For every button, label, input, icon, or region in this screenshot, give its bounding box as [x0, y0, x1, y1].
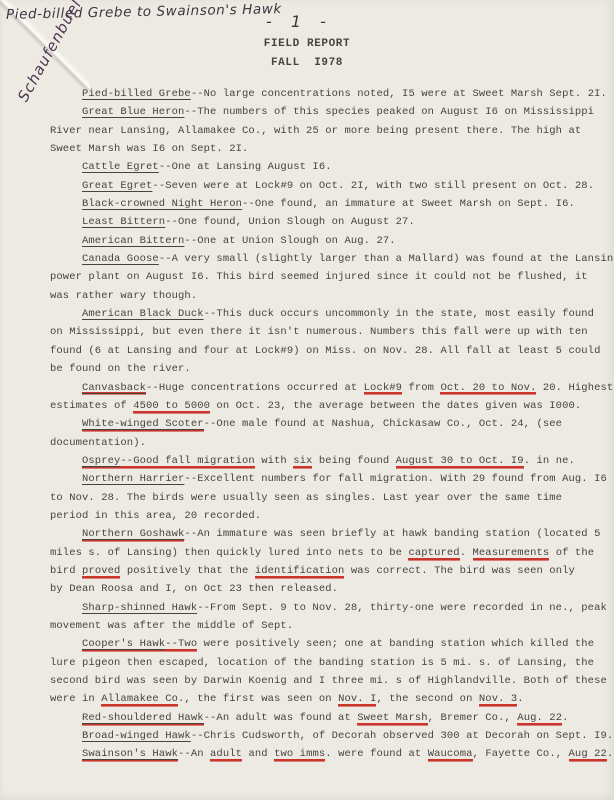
- text-segment: period in this area, 20 recorded.: [50, 510, 261, 522]
- text-segment: and: [242, 748, 274, 760]
- text-segment: --An immature was seen briefly at hawk b…: [184, 528, 600, 540]
- text-segment: miles s. of Lansing) then quickly lured …: [50, 547, 408, 559]
- report-line: lure pigeon then escaped, location of th…: [50, 654, 606, 672]
- text-segment: were in: [50, 693, 101, 705]
- species-name-red-underlined: White-winged Scoter: [82, 418, 204, 432]
- text-segment: movement was after the middle of Sept.: [50, 620, 293, 632]
- red-underlined-text: Lock#9: [364, 382, 402, 396]
- red-underlined-text: six: [293, 455, 312, 469]
- report-line: White-winged Scoter--One male found at N…: [50, 415, 606, 433]
- report-line: Red-shouldered Hawk--An adult was found …: [50, 709, 606, 727]
- red-underlined-text: August 30 to Oct. I9: [396, 455, 524, 469]
- report-line: power plant on August I6. This bird seem…: [50, 268, 606, 286]
- report-line: estimates of 4500 to 5000 on Oct. 23, th…: [50, 397, 606, 415]
- text-segment: --From Sept. 9 to Nov. 28, thirty-one we…: [197, 602, 607, 614]
- text-segment: --This duck occurs uncommonly in the sta…: [204, 308, 594, 320]
- text-segment: , Fayette Co.,: [473, 748, 569, 760]
- report-line: bird proved positively that the identifi…: [50, 562, 606, 580]
- text-segment: --An adult was found at: [204, 712, 358, 724]
- species-name-underlined: Cattle Egret: [82, 161, 159, 173]
- report-line: River near Lansing, Allamakee Co., with …: [50, 122, 606, 140]
- text-segment: was rather wary though.: [50, 290, 197, 302]
- report-line: on Mississippi, but even there it isn't …: [50, 323, 606, 341]
- species-name-underlined: Great Egret: [82, 180, 152, 192]
- text-segment: , the second on: [376, 693, 478, 705]
- text-segment: on Mississippi, but even there it isn't …: [50, 326, 588, 338]
- report-body: Pied-billed Grebe--No large concentratio…: [50, 85, 606, 764]
- text-segment: .: [562, 712, 568, 724]
- report-line: be found on the river.: [50, 360, 606, 378]
- report-line: Swainson's Hawk--An adult and two imms. …: [50, 745, 606, 763]
- report-line: were in Allamakee Co., the first was see…: [50, 690, 606, 708]
- report-line: documentation).: [50, 434, 606, 452]
- text-segment: --Excellent numbers for fall migration. …: [184, 473, 606, 485]
- text-segment: --One male found at Nashua, Chickasaw Co…: [204, 418, 562, 430]
- species-name-red-underlined: Osprey: [82, 455, 120, 469]
- report-line: period in this area, 20 recorded.: [50, 507, 606, 525]
- report-line: Northern Goshawk--An immature was seen b…: [50, 525, 606, 543]
- text-segment: , Bremer Co.,: [428, 712, 518, 724]
- report-line: Least Bittern--One found, Union Slough o…: [50, 213, 606, 231]
- red-underlined-text: Aug. 22: [517, 712, 562, 726]
- species-name-underlined: Least Bittern: [82, 216, 165, 228]
- red-underlined-text: Allamakee Co: [101, 693, 178, 707]
- red-underlined-text: Nov. I: [338, 693, 376, 707]
- report-line: found (6 at Lansing and four at Lock#9) …: [50, 342, 606, 360]
- text-segment: second bird was seen by Darwin Koenig an…: [50, 675, 607, 687]
- text-segment: from: [402, 382, 440, 394]
- species-name-red-underlined: Cooper's Hawk: [82, 638, 165, 652]
- text-segment: with: [255, 455, 293, 467]
- report-line: was rather wary though.: [50, 287, 606, 305]
- red-underlined-text: proved: [82, 565, 120, 579]
- species-name-underlined: Black-crowned Night Heron: [82, 198, 242, 210]
- text-segment: ., the first was seen on: [178, 693, 338, 705]
- report-line: Great Egret--Seven were at Lock#9 on Oct…: [50, 177, 606, 195]
- text-segment: on Oct. 23, the average between the date…: [210, 400, 581, 412]
- report-line: to Nov. 28. The birds were usually seen …: [50, 489, 606, 507]
- text-segment: --One found, Union Slough on August 27.: [165, 216, 415, 228]
- species-name-underlined: Broad-winged Hawk: [82, 730, 191, 742]
- red-underlined-text: adult: [210, 748, 242, 762]
- text-segment: --One at Lansing August I6.: [159, 161, 332, 173]
- report-subtitle: FALL I978: [0, 57, 614, 69]
- report-line: second bird was seen by Darwin Koenig an…: [50, 672, 606, 690]
- report-line: American Bittern--One at Union Slough on…: [50, 232, 606, 250]
- report-line: Broad-winged Hawk--Chris Cudsworth, of D…: [50, 727, 606, 745]
- text-segment: of the: [549, 547, 594, 559]
- document-header: FIELD REPORT FALL I978: [0, 38, 614, 69]
- report-line: Sweet Marsh was I6 on Sept. 2I.: [50, 140, 606, 158]
- red-underlined-text: Aug 22: [569, 748, 607, 762]
- text-segment: documentation).: [50, 437, 146, 449]
- text-segment: Sweet Marsh was I6 on Sept. 2I.: [50, 143, 248, 155]
- red-underlined-text: 4500 to 5000: [133, 400, 210, 414]
- report-line: by Dean Roosa and I, on Oct 23 then rele…: [50, 580, 606, 598]
- species-name-underlined: Canada Goose: [82, 253, 159, 265]
- report-line: Cooper's Hawk--Two were positively seen;…: [50, 635, 606, 653]
- text-segment: found (6 at Lansing and four at Lock#9) …: [50, 345, 601, 357]
- report-line: Canvasback--Huge concentrations occurred…: [50, 379, 606, 397]
- report-line: Northern Harrier--Excellent numbers for …: [50, 470, 606, 488]
- red-underlined-text: captured: [408, 547, 459, 561]
- text-segment: bird: [50, 565, 82, 577]
- report-line: Canada Goose--A very small (slightly lar…: [50, 250, 606, 268]
- species-name-underlined: Sharp-shinned Hawk: [82, 602, 197, 614]
- report-line: miles s. of Lansing) then quickly lured …: [50, 544, 606, 562]
- red-underlined-text: Measurements: [473, 547, 550, 561]
- text-segment: by Dean Roosa and I, on Oct 23 then rele…: [50, 583, 338, 595]
- text-segment: --The numbers of this species peaked on …: [184, 106, 594, 118]
- text-segment: was correct. The bird was seen only: [344, 565, 574, 577]
- species-name-red-underlined: Red-shouldered Hawk: [82, 712, 204, 726]
- text-segment: --One at Union Slough on Aug. 27.: [184, 235, 395, 247]
- red-underlined-text: Waucoma: [428, 748, 473, 762]
- report-line: Pied-billed Grebe--No large concentratio…: [50, 85, 606, 103]
- text-segment: to Nov. 28. The birds were usually seen …: [50, 492, 562, 504]
- species-name-underlined: American Black Duck: [82, 308, 204, 320]
- text-segment: --Huge concentrations occurred at: [146, 382, 364, 394]
- text-segment: 20. Highest: [536, 382, 613, 394]
- text-segment: .: [607, 748, 613, 760]
- text-segment: --One found, an immature at Sweet Marsh …: [242, 198, 575, 210]
- document-page: { "colors": { "paper": "#edeae3", "ink":…: [0, 0, 614, 800]
- text-segment: --No large concentrations noted, I5 were…: [191, 88, 607, 100]
- red-underlined-text: --Good fall migration: [120, 455, 254, 469]
- species-name-red-underlined: Canvasback: [82, 382, 146, 396]
- report-line: Black-crowned Night Heron--One found, an…: [50, 195, 606, 213]
- species-name-underlined: American Bittern: [82, 235, 184, 247]
- report-line: Osprey--Good fall migration with six bei…: [50, 452, 606, 470]
- text-segment: --Seven were at Lock#9 on Oct. 2I, with …: [152, 180, 594, 192]
- text-segment: .: [460, 547, 473, 559]
- text-segment: . were found at: [325, 748, 427, 760]
- species-name-red-underlined: Northern Goshawk: [82, 528, 184, 542]
- text-segment: River near Lansing, Allamakee Co., with …: [50, 125, 581, 137]
- text-segment: estimates of: [50, 400, 133, 412]
- red-underlined-text: --Two: [165, 638, 197, 652]
- report-line: American Black Duck--This duck occurs un…: [50, 305, 606, 323]
- text-segment: .: [517, 693, 523, 705]
- species-name-underlined: Great Blue Heron: [82, 106, 184, 118]
- species-name-red-underlined: Swainson's Hawk: [82, 748, 178, 762]
- text-segment: --An: [178, 748, 210, 760]
- red-underlined-text: Oct. 20 to Nov.: [440, 382, 536, 396]
- text-segment: being found: [312, 455, 395, 467]
- text-segment: power plant on August I6. This bird seem…: [50, 271, 588, 283]
- text-segment: . in ne.: [524, 455, 575, 467]
- text-segment: be found on the river.: [50, 363, 191, 375]
- handwritten-note: Pied-billed Grebe to Swainson's Hawk: [6, 1, 282, 23]
- text-segment: --A very small (slightly larger than a M…: [159, 253, 614, 265]
- text-segment: lure pigeon then escaped, location of th…: [50, 657, 594, 669]
- report-line: movement was after the middle of Sept.: [50, 617, 606, 635]
- text-segment: --Chris Cudsworth, of Decorah observed 3…: [191, 730, 613, 742]
- handwritten-page-number: - 1 -: [266, 12, 333, 31]
- text-segment: positively that the: [120, 565, 254, 577]
- report-line: Sharp-shinned Hawk--From Sept. 9 to Nov.…: [50, 599, 606, 617]
- red-underlined-text: identification: [255, 565, 345, 579]
- report-title: FIELD REPORT: [0, 38, 614, 50]
- red-underlined-text: Sweet Marsh: [357, 712, 427, 726]
- report-line: Great Blue Heron--The numbers of this sp…: [50, 103, 606, 121]
- red-underlined-text: two imms: [274, 748, 325, 762]
- red-underlined-text: Nov. 3: [479, 693, 517, 707]
- text-segment: were positively seen; one at banding sta…: [197, 638, 594, 650]
- species-name-underlined: Pied-billed Grebe: [82, 88, 191, 100]
- report-line: Cattle Egret--One at Lansing August I6.: [50, 158, 606, 176]
- species-name-underlined: Northern Harrier: [82, 473, 184, 485]
